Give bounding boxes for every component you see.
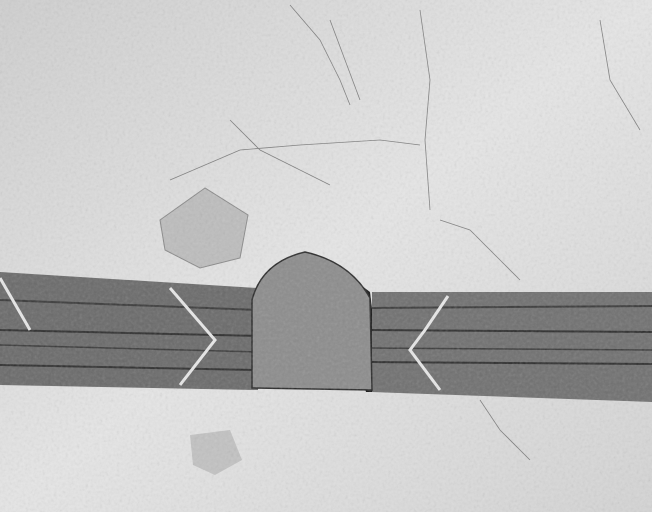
wall-scene [0,0,652,512]
photograph [0,0,652,512]
